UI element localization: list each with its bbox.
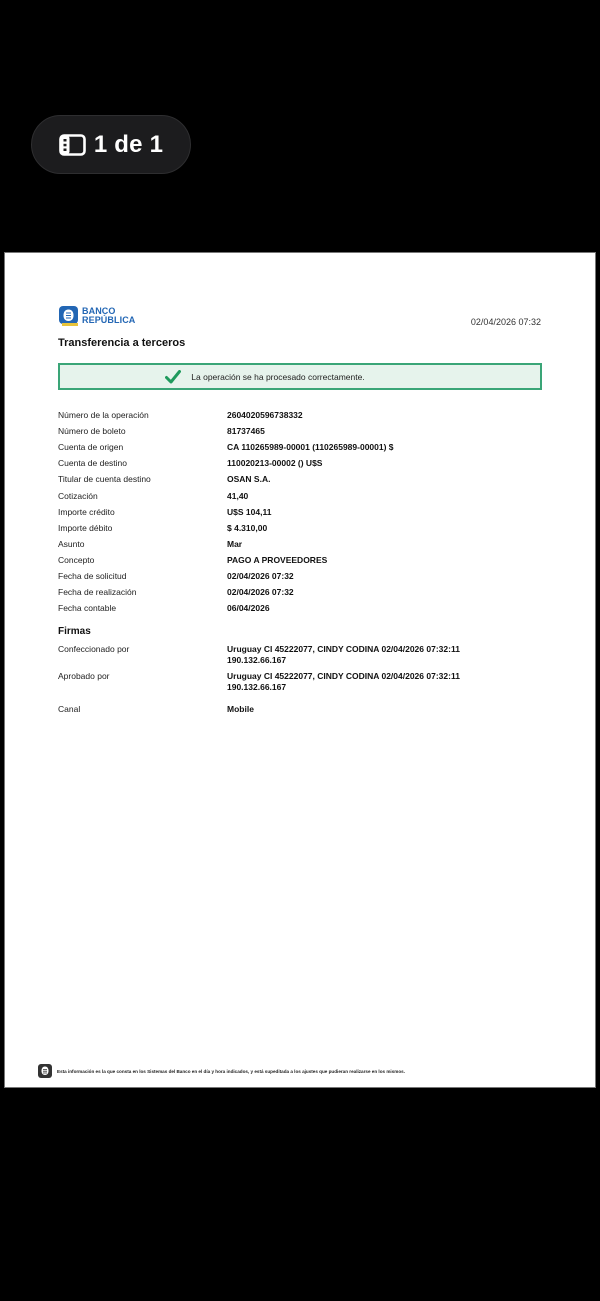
detail-value: CA 110265989-00001 (110265989-00001) $ bbox=[227, 442, 394, 452]
signatures-heading: Firmas bbox=[58, 626, 91, 637]
signature-value: Uruguay CI 45222077, CINDY CODINA 02/04/… bbox=[227, 671, 460, 692]
bank-name-line2: REPÚBLICA bbox=[82, 315, 135, 325]
bank-logo-icon bbox=[59, 306, 78, 326]
detail-label: Cuenta de destino bbox=[58, 458, 227, 468]
signature-label: Aprobado por bbox=[58, 671, 227, 692]
detail-label: Número de boleto bbox=[58, 426, 227, 436]
bank-logo: BANCO REPÚBLICA bbox=[59, 306, 135, 326]
detail-row: Importe débito$ 4.310,00 bbox=[58, 520, 548, 536]
detail-value: 81737465 bbox=[227, 426, 265, 436]
detail-label: Cotización bbox=[58, 491, 227, 501]
signature-label: Confeccionado por bbox=[58, 644, 227, 665]
detail-row: Fecha de solicitud02/04/2026 07:32 bbox=[58, 568, 548, 584]
detail-value: 41,40 bbox=[227, 491, 248, 501]
detail-row: ConceptoPAGO A PROVEEDORES bbox=[58, 552, 548, 568]
bank-footer-logo-icon bbox=[38, 1064, 52, 1078]
channel-value: Mobile bbox=[227, 704, 254, 715]
success-banner: La operación se ha procesado correctamen… bbox=[58, 363, 542, 390]
check-icon bbox=[165, 370, 181, 384]
detail-label: Número de la operación bbox=[58, 410, 227, 420]
detail-value: 110020213-00002 () U$S bbox=[227, 458, 322, 468]
channel-label: Canal bbox=[58, 704, 227, 715]
detail-label: Titular de cuenta destino bbox=[58, 474, 227, 484]
detail-row: Número de la operación2604020596738332 bbox=[58, 407, 548, 423]
detail-row: Cotización41,40 bbox=[58, 487, 548, 503]
detail-value: OSAN S.A. bbox=[227, 474, 270, 484]
document-footer: Esta información es la que consta en los… bbox=[38, 1064, 405, 1078]
signature-created-by: Confeccionado por Uruguay CI 45222077, C… bbox=[58, 644, 548, 665]
signature-ip: 190.132.66.167 bbox=[227, 682, 286, 692]
detail-value: PAGO A PROVEEDORES bbox=[227, 555, 327, 565]
detail-row: Titular de cuenta destinoOSAN S.A. bbox=[58, 471, 548, 487]
signature-line1: Uruguay CI 45222077, CINDY CODINA 02/04/… bbox=[227, 644, 460, 654]
detail-label: Fecha contable bbox=[58, 603, 227, 613]
detail-row: Fecha contable06/04/2026 bbox=[58, 600, 548, 616]
detail-value: 2604020596738332 bbox=[227, 410, 303, 420]
detail-label: Fecha de solicitud bbox=[58, 571, 227, 581]
signature-approved-by: Aprobado por Uruguay CI 45222077, CINDY … bbox=[58, 671, 548, 692]
detail-value: U$S 104,11 bbox=[227, 507, 271, 517]
document-date: 02/04/2026 07:32 bbox=[471, 317, 541, 327]
detail-value: 06/04/2026 bbox=[227, 603, 270, 613]
detail-value: 02/04/2026 07:32 bbox=[227, 587, 294, 597]
detail-label: Asunto bbox=[58, 539, 227, 549]
footer-disclaimer: Esta información es la que consta en los… bbox=[57, 1069, 405, 1074]
success-message: La operación se ha procesado correctamen… bbox=[191, 372, 364, 382]
page-indicator[interactable]: 1 de 1 bbox=[31, 115, 191, 174]
pages-icon bbox=[59, 134, 86, 156]
signature-line1: Uruguay CI 45222077, CINDY CODINA 02/04/… bbox=[227, 671, 460, 681]
detail-label: Importe crédito bbox=[58, 507, 227, 517]
document-title: Transferencia a terceros bbox=[58, 337, 185, 349]
detail-value: Mar bbox=[227, 539, 242, 549]
signature-value: Uruguay CI 45222077, CINDY CODINA 02/04/… bbox=[227, 644, 460, 665]
detail-row: Cuenta de destino110020213-00002 () U$S bbox=[58, 455, 548, 471]
detail-row: AsuntoMar bbox=[58, 536, 548, 552]
page-indicator-label: 1 de 1 bbox=[94, 131, 163, 159]
detail-label: Cuenta de origen bbox=[58, 442, 227, 452]
detail-row: Cuenta de origenCA 110265989-00001 (1102… bbox=[58, 439, 548, 455]
transfer-details: Número de la operación2604020596738332 N… bbox=[58, 407, 548, 616]
detail-label: Fecha de realización bbox=[58, 587, 227, 597]
bank-name: BANCO REPÚBLICA bbox=[82, 307, 135, 325]
detail-label: Importe débito bbox=[58, 523, 227, 533]
detail-row: Importe créditoU$S 104,11 bbox=[58, 504, 548, 520]
detail-row: Número de boleto81737465 bbox=[58, 423, 548, 439]
detail-row: Fecha de realización02/04/2026 07:32 bbox=[58, 584, 548, 600]
detail-label: Concepto bbox=[58, 555, 227, 565]
channel-row: Canal Mobile bbox=[58, 704, 548, 715]
detail-value: $ 4.310,00 bbox=[227, 523, 267, 533]
signature-ip: 190.132.66.167 bbox=[227, 655, 286, 665]
detail-value: 02/04/2026 07:32 bbox=[227, 571, 294, 581]
